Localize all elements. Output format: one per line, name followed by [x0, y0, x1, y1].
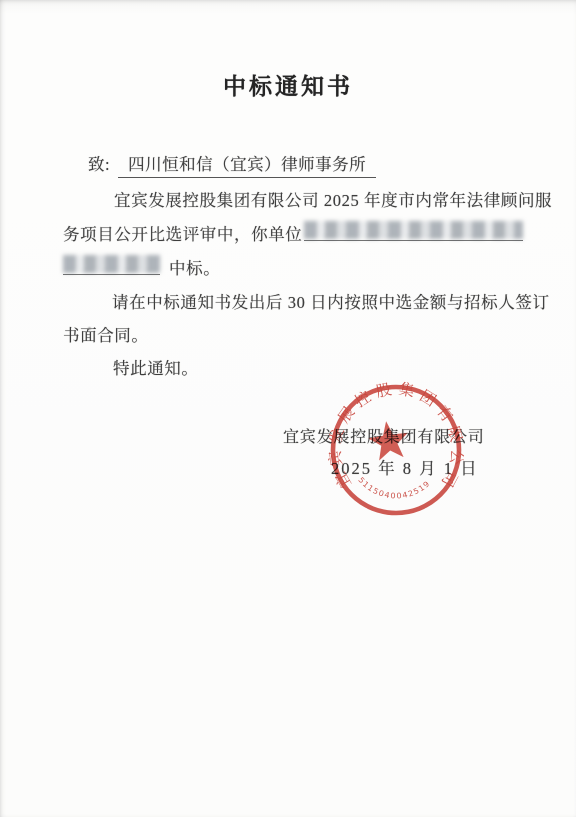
blur-smudge [304, 221, 523, 239]
seal-star-icon [366, 418, 411, 461]
addressee-name: 四川恒和信（宜宾）律师事务所 [118, 151, 376, 178]
body-paragraph2-line1: 请在中标通知书发出后 30 日内按照中选金额与招标人签订 [112, 289, 550, 313]
seal-code-text-container: 5115040042519 [356, 475, 432, 500]
body-paragraph1-line3-text: 中标。 [169, 259, 220, 278]
company-seal: 宜宾发展控股集团有限公司 5115040042519 [320, 374, 472, 526]
body-paragraph2-line2: 书面合同。 [63, 322, 149, 346]
addressee-label: 致: [88, 155, 110, 174]
body-paragraph1-line3: 中标。 [63, 255, 220, 279]
closing-line: 特此通知。 [113, 355, 199, 379]
addressee-line: 致:四川恒和信（宜宾）律师事务所 [88, 151, 376, 178]
document-title: 中标通知书 [0, 68, 576, 101]
redacted-winner-name-part2 [63, 259, 160, 275]
redacted-winner-name-part1 [304, 225, 523, 241]
body-paragraph1-line2-text: 务项目公开比选评审中，你单位 [63, 225, 302, 244]
body-paragraph1-line1: 宜宾发展控股集团有限公司 2025 年度市内常年法律顾问服 [114, 187, 552, 211]
body-paragraph1-line2: 务项目公开比选评审中，你单位 [63, 221, 523, 245]
scan-artifact-dot [88, 327, 91, 330]
scanned-document-page: 中标通知书 致:四川恒和信（宜宾）律师事务所 宜宾发展控股集团有限公司 2025… [0, 0, 576, 817]
seal-code-text: 5115040042519 [356, 475, 432, 500]
blur-smudge [63, 255, 160, 273]
